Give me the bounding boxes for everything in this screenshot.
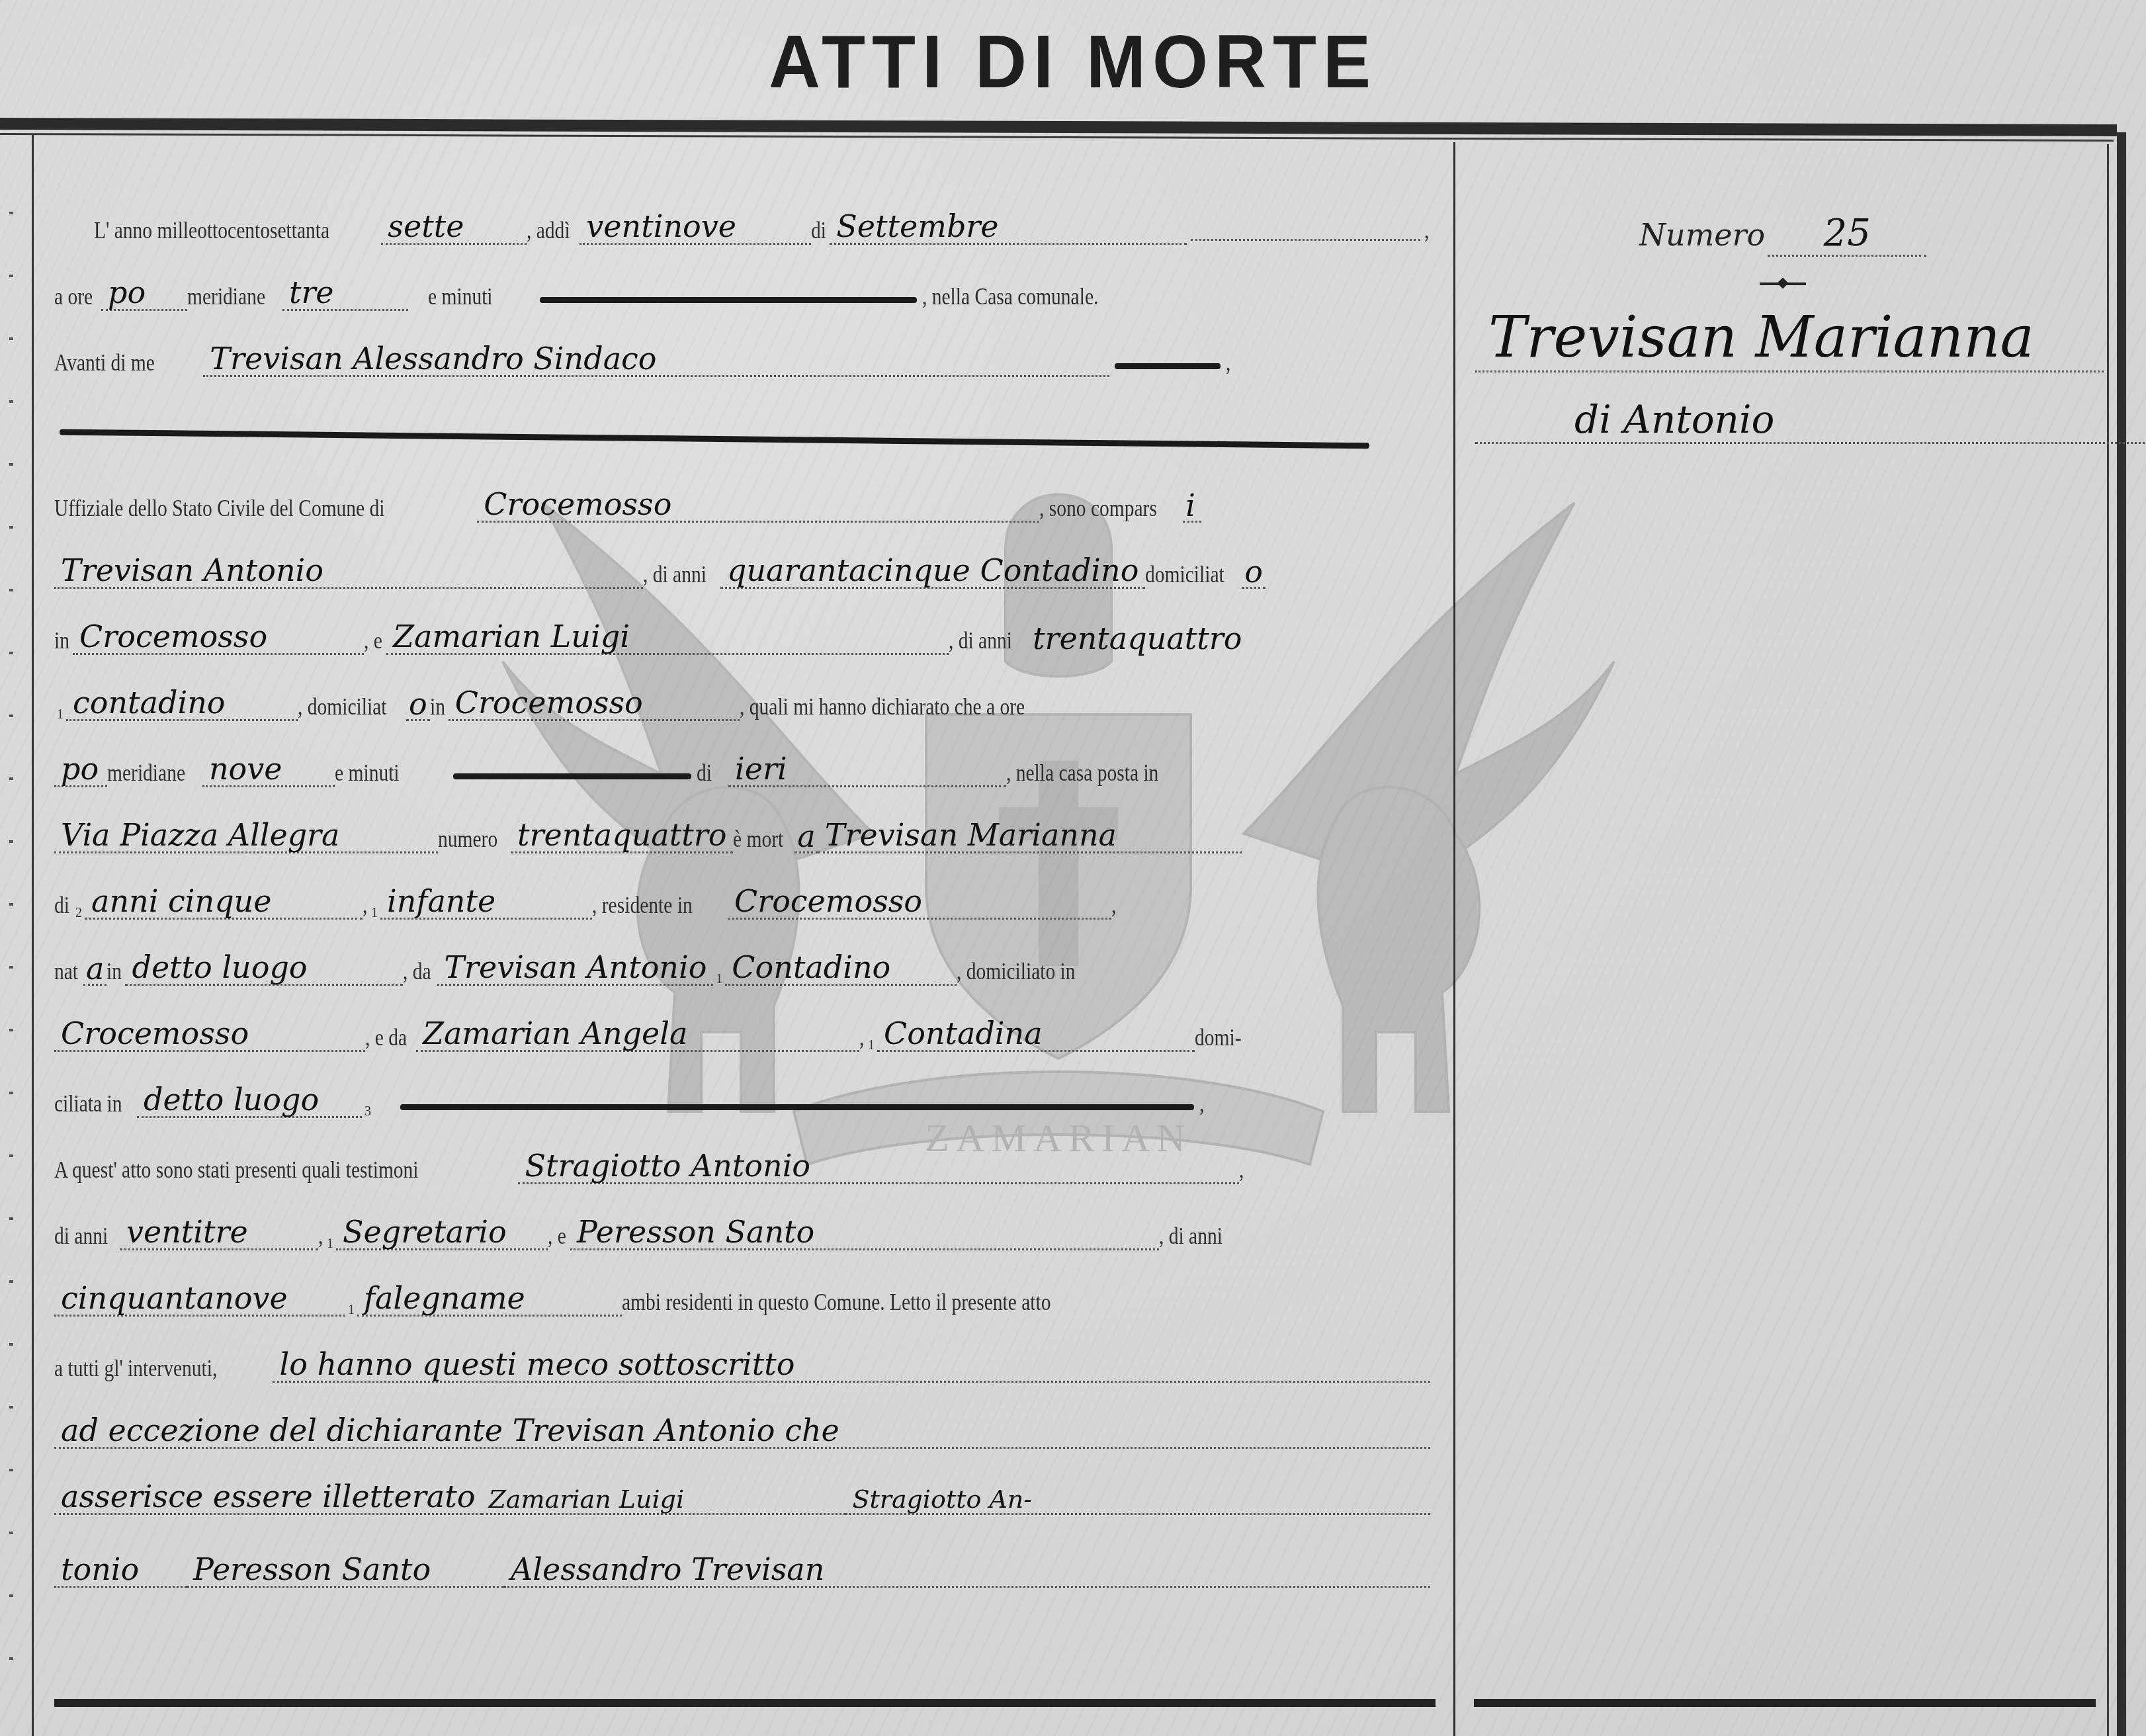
field-death-hour[interactable]: nove	[202, 754, 335, 787]
field-minutes-blank[interactable]	[540, 297, 917, 303]
form-line-signatures-note2: ad eccezione del dichiarante Trevisan An…	[54, 1403, 1430, 1449]
label-domiciliat: domiciliat	[1145, 562, 1224, 589]
form-line-year: L' anno milleottocentosettanta sette , a…	[54, 198, 1430, 245]
signature-stragiotto-2[interactable]: tonio	[54, 1554, 187, 1588]
form-line-witness2: di anni ventitre , 1 Segretario , e Pere…	[54, 1204, 1430, 1250]
field-signature-note-2[interactable]: ad eccezione del dichiarante Trevisan An…	[54, 1415, 1430, 1449]
document-title: ATTI DI MORTE	[0, 18, 2146, 105]
field-year[interactable]: sette	[381, 211, 527, 245]
label-avanti-di-me: Avanti di me	[54, 351, 155, 377]
field-father-residence[interactable]: Crocemosso	[54, 1018, 365, 1052]
label-di-anni: , di anni	[643, 562, 707, 589]
field-signature-note[interactable]: lo hanno questi meco sottoscritto	[273, 1349, 1430, 1383]
field-declarant2-occupation[interactable]: contadino	[66, 687, 298, 721]
form-line-birthplace-father: nat a in detto luogo , da Trevisan Anton…	[54, 939, 1430, 986]
field-deceased-age[interactable]: anni cinque	[85, 886, 363, 920]
form-line-mother-residence: ciliata in detto luogo 3 ,	[54, 1072, 1430, 1118]
field-mother-residence[interactable]: detto luogo	[137, 1084, 362, 1118]
field-father-occupation[interactable]: Contadino	[725, 952, 957, 986]
label-meridiane: meridiane	[187, 284, 265, 311]
frame-border-left	[32, 135, 34, 1736]
label-ufficiale: Uffiziale dello Stato Civile del Comune …	[54, 496, 385, 523]
form-line-mother: Crocemosso , e da Zamarian Angela , 1 Co…	[54, 1006, 1430, 1052]
form-line-death-time: po meridiane nove e minuti di ieri , nel…	[54, 741, 1430, 787]
form-line-declarant1: Trevisan Antonio , di anni quarantacinqu…	[54, 542, 1430, 589]
field-mother-occupation[interactable]: Contadina	[877, 1018, 1195, 1052]
field-witness2-age[interactable]: cinquantanove	[54, 1283, 345, 1317]
column-divider	[1453, 142, 1455, 1736]
form-line-comune: Uffiziale dello Stato Civile del Comune …	[54, 476, 1430, 523]
form-line-blank	[54, 404, 1430, 450]
field-house-number[interactable]: trentaquattro	[511, 820, 733, 853]
label-anno: L' anno milleottocentosettanta	[94, 218, 329, 245]
field-witness1-name[interactable]: Stragiotto Antonio	[518, 1150, 1239, 1184]
field-declarant2-residence[interactable]: Crocemosso	[449, 687, 740, 721]
field-witness1-occupation[interactable]: Segretario	[336, 1217, 548, 1250]
field-declarant2-name[interactable]: Zamarian Luigi	[386, 621, 949, 655]
field-deceased-residence[interactable]: Crocemosso	[728, 886, 1111, 920]
field-am-pm[interactable]: po	[101, 277, 187, 311]
label-casa-comunale: , nella Casa comunale.	[922, 284, 1098, 311]
field-mother-name[interactable]: Zamarian Angela	[416, 1018, 859, 1052]
label-addi: , addì	[527, 218, 570, 245]
section-end-rule-side	[1474, 1699, 2096, 1707]
field-death-minutes-blank[interactable]	[453, 773, 691, 779]
form-line-signatures: tonio Peresson Santo Alessandro Trevisan	[54, 1541, 1430, 1588]
form-line-death-place: Via Piazza Allegra numero trentaquattro …	[54, 807, 1430, 853]
label-di: di	[811, 218, 826, 245]
label-minuti: e minuti	[428, 284, 493, 311]
field-comune[interactable]: Crocemosso	[477, 489, 1039, 523]
form-line-signatures-intro: a tutti gl' intervenuti, lo hanno questi…	[54, 1336, 1430, 1383]
field-deceased-name[interactable]: Trevisan Marianna	[818, 820, 1242, 853]
field-declarant2-age[interactable]: trentaquattro	[1026, 623, 1277, 655]
label-a-ore: a ore	[54, 284, 93, 311]
field-death-street[interactable]: Via Piazza Allegra	[54, 820, 438, 853]
form-line-officer: Avanti di me Trevisan Alessandro Sindaco…	[54, 331, 1430, 377]
field-declarant1-name[interactable]: Trevisan Antonio	[54, 555, 643, 589]
field-hour[interactable]: tre	[282, 277, 408, 311]
numero-label: Numero	[1639, 217, 1765, 253]
signature-zamarian-luigi[interactable]: Zamarian Luigi	[482, 1487, 845, 1515]
label-sono-compars: , sono compars	[1039, 496, 1157, 523]
form-line-signatures-note3: asserisce essere illetterato Zamarian Lu…	[54, 1469, 1430, 1515]
form-line-declarant2: in Crocemosso , e Zamarian Luigi , di an…	[54, 609, 1430, 655]
field-month[interactable]: Settembre	[830, 211, 1187, 245]
frame-border-right	[2117, 132, 2126, 1736]
field-deceased-condition[interactable]: infante	[380, 886, 592, 920]
section-end-rule-main	[54, 1699, 1436, 1707]
form-line-witness1: A quest' atto sono stati presenti quali …	[54, 1138, 1430, 1184]
form-line-witness2-details: cinquantanove 1 falegname ambi residenti…	[54, 1270, 1430, 1317]
ornament-divider-icon	[1760, 282, 1806, 285]
frame-border-right-thin	[2107, 144, 2109, 1736]
field-blank-struck[interactable]	[60, 429, 1369, 449]
signature-officer[interactable]: Alessandro Trevisan	[504, 1554, 1430, 1588]
signature-peresson-santo[interactable]: Peresson Santo	[187, 1554, 504, 1588]
form-line-deceased-age: di 2 anni cinque , 1 infante , residente…	[54, 873, 1430, 920]
field-extra-blank[interactable]	[400, 1104, 1194, 1110]
act-number: Numero 25	[1475, 212, 2090, 257]
form-line-hour: a ore po meridiane tre e minuti , nella …	[54, 265, 1430, 311]
field-signature-note-3[interactable]: asserisce essere illetterato	[54, 1481, 482, 1515]
field-officer-name[interactable]: Trevisan Alessandro Sindaco	[203, 343, 1109, 377]
field-declarant1-residence[interactable]: Crocemosso	[73, 621, 364, 655]
field-witness1-age[interactable]: ventitre	[120, 1217, 318, 1250]
field-compars-suffix[interactable]: i	[1183, 490, 1201, 523]
field-declarant1-age-occupation[interactable]: quarantacinque Contadino	[720, 555, 1145, 589]
field-birthplace[interactable]: detto luogo	[125, 952, 403, 986]
numero-value[interactable]: 25	[1768, 212, 1926, 257]
field-witness2-occupation[interactable]: falegname	[357, 1283, 622, 1317]
margin-ticks	[9, 212, 13, 1667]
field-witness2-name[interactable]: Peresson Santo	[570, 1217, 1159, 1250]
signature-stragiotto-1[interactable]: Stragiotto An-	[845, 1487, 1430, 1515]
form-line-declarant2-domicile: 1 contadino , domiciliat o in Crocemosso…	[54, 675, 1430, 721]
field-day[interactable]: ventinove	[579, 211, 811, 245]
field-father-name[interactable]: Trevisan Antonio	[437, 952, 713, 986]
field-death-day[interactable]: ieri	[728, 754, 1006, 787]
field-death-am-pm[interactable]: po	[54, 754, 107, 787]
deceased-name-side[interactable]: Trevisan Marianna	[1475, 304, 2104, 372]
deceased-father-side[interactable]: di Antonio	[1475, 397, 2146, 444]
